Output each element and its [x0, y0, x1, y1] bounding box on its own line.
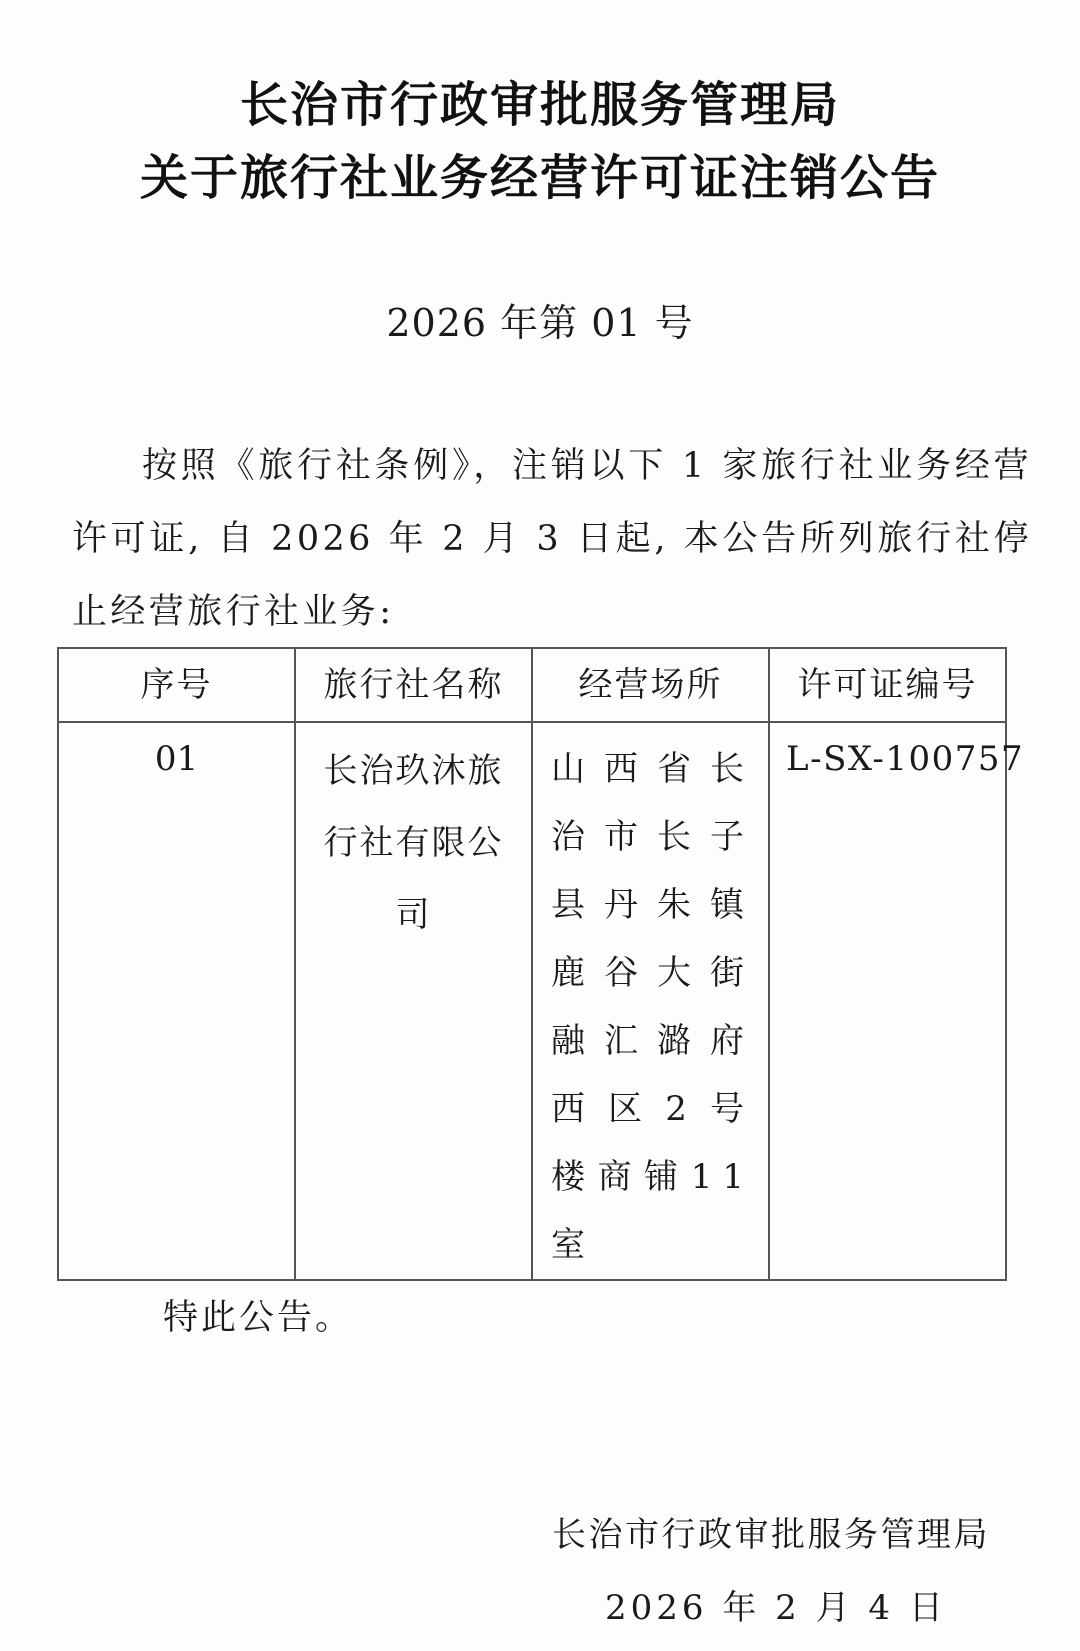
cell-license-number: L-SX-100757 [769, 722, 1006, 1280]
table-header-row: 序号 旅行社名称 经营场所 许可证编号 [58, 648, 1006, 722]
body-paragraph: 按照《旅行社条例》，注销以下 1 家旅行社业务经营许可证, 自 2026 年 2… [72, 430, 1032, 649]
document-number: 2026 年第 01 号 [0, 298, 1080, 348]
document-title-line-1: 长治市行政审批服务管理局 [0, 75, 1080, 135]
document-title-line-2: 关于旅行社业务经营许可证注销公告 [0, 148, 1080, 208]
column-header-license-number: 许可证编号 [769, 648, 1006, 722]
table-row: 01 长治玖沐旅行社有限公司 山西省长治市长子县丹朱镇鹿谷大街融汇潞府西区2号楼… [58, 722, 1006, 1280]
cancellation-table: 序号 旅行社名称 经营场所 许可证编号 01 长治玖沐旅行社有限公司 山西省长治… [57, 647, 1007, 1281]
cell-agency-name: 长治玖沐旅行社有限公司 [295, 722, 532, 1280]
column-header-seq: 序号 [58, 648, 295, 722]
cell-business-address: 山西省长治市长子县丹朱镇鹿谷大街融汇潞府西区2号楼商铺11室 [532, 722, 769, 1280]
column-header-business-address: 经营场所 [532, 648, 769, 722]
notice-document: 长治市行政审批服务管理局 关于旅行社业务经营许可证注销公告 2026 年第 01… [0, 0, 1080, 1651]
issuer-signature: 长治市行政审批服务管理局 [552, 1512, 990, 1558]
cell-seq: 01 [58, 722, 295, 1280]
column-header-agency-name: 旅行社名称 [295, 648, 532, 722]
closing-statement: 特此公告。 [163, 1295, 353, 1341]
issue-date: 2026 年 2 月 4 日 [605, 1585, 947, 1631]
